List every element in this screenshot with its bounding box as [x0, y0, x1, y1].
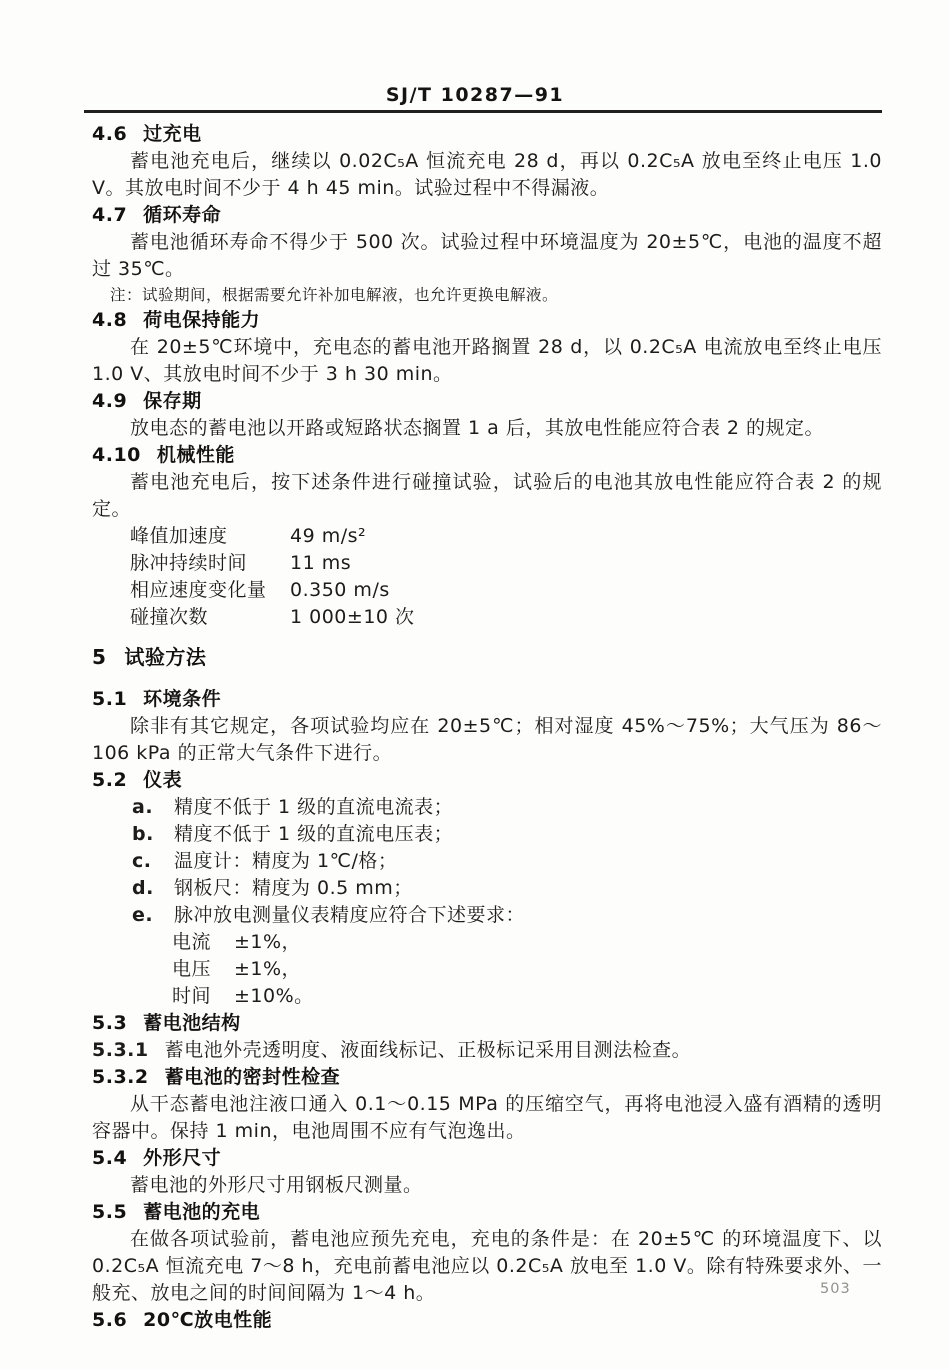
paragraph-4-10: 蓄电池充电后，按下述条件进行碰撞试验，试验后的电池其放电性能应符合表 2 的规定… — [92, 469, 882, 523]
clause-number: 4.8 — [92, 307, 127, 334]
spec-label: 碰撞次数 — [130, 604, 290, 631]
clause-heading-4-6: 4.6过充电 — [92, 121, 882, 148]
item-text: 精度不低于 1 级的直流电压表； — [174, 821, 453, 848]
clause-heading-4-7: 4.7循环寿命 — [92, 202, 882, 229]
item-letter: a. — [132, 794, 174, 821]
clause-title: 保存期 — [143, 390, 202, 412]
tolerance-row-time: 时间 ±10%。 — [92, 983, 882, 1010]
section-heading-5: 5试验方法 — [92, 644, 882, 671]
instrument-item-e: e. 脉冲放电测量仪表精度应符合下述要求： — [92, 902, 882, 929]
clause-number: 4.6 — [92, 121, 127, 148]
clause-number: 5.3.1 — [92, 1037, 149, 1064]
clause-heading-5-4: 5.4外形尺寸 — [92, 1145, 882, 1172]
clause-title: 蓄电池结构 — [143, 1012, 241, 1034]
tolerance-value: ±10%。 — [234, 983, 314, 1010]
instrument-item-b: b. 精度不低于 1 级的直流电压表； — [92, 821, 882, 848]
instrument-item-a: a. 精度不低于 1 级的直流电流表； — [92, 794, 882, 821]
tolerance-label: 电流 — [172, 929, 234, 956]
clause-number: 5.1 — [92, 686, 127, 713]
clause-heading-4-8: 4.8荷电保持能力 — [92, 307, 882, 334]
clause-heading-5-6: 5.620℃放电性能 — [92, 1307, 882, 1334]
spec-row-pulse-duration: 脉冲持续时间 11 ms — [92, 550, 882, 577]
paragraph-4-7: 蓄电池循环寿命不得少于 500 次。试验过程中环境温度为 20±5℃，电池的温度… — [92, 229, 882, 283]
paragraph-5-4: 蓄电池的外形尺寸用钢板尺测量。 — [92, 1172, 882, 1199]
tolerance-label: 电压 — [172, 956, 234, 983]
paragraph-4-8: 在 20±5℃环境中，充电态的蓄电池开路搁置 28 d，以 0.2C₅A 电流放… — [92, 334, 882, 388]
clause-5-3-1: 5.3.1蓄电池外壳透明度、液面线标记、正极标记采用目测法检查。 — [92, 1037, 882, 1064]
spec-value: 1 000±10 次 — [290, 604, 415, 631]
clause-title: 蓄电池的充电 — [143, 1201, 260, 1223]
clause-number: 4.7 — [92, 202, 127, 229]
clause-text: 蓄电池外壳透明度、液面线标记、正极标记采用目测法检查。 — [165, 1039, 692, 1061]
clause-number: 5.2 — [92, 767, 127, 794]
standard-number-header: SJ/T 10287—91 — [0, 84, 950, 106]
clause-heading-5-5: 5.5蓄电池的充电 — [92, 1199, 882, 1226]
tolerance-row-current: 电流 ±1%， — [92, 929, 882, 956]
clause-number: 5.4 — [92, 1145, 127, 1172]
page-number: 503 — [820, 1281, 851, 1297]
item-text: 温度计：精度为 1℃/格； — [174, 848, 397, 875]
spec-label: 峰值加速度 — [130, 523, 290, 550]
clause-heading-4-9: 4.9保存期 — [92, 388, 882, 415]
tolerance-label: 时间 — [172, 983, 234, 1010]
clause-heading-4-10: 4.10机械性能 — [92, 442, 882, 469]
clause-title: 外形尺寸 — [143, 1147, 221, 1169]
item-letter: d. — [132, 875, 174, 902]
paragraph-4-9: 放电态的蓄电池以开路或短路状态搁置 1 a 后，其放电性能应符合表 2 的规定。 — [92, 415, 882, 442]
spec-label: 相应速度变化量 — [130, 577, 290, 604]
clause-title: 环境条件 — [143, 688, 221, 710]
clause-number: 5.6 — [92, 1307, 127, 1334]
spec-label: 脉冲持续时间 — [130, 550, 290, 577]
clause-title: 20℃放电性能 — [143, 1309, 272, 1331]
spec-value: 0.350 m/s — [290, 577, 390, 604]
item-letter: e. — [132, 902, 174, 929]
tolerance-value: ±1%， — [234, 956, 301, 983]
clause-title: 蓄电池的密封性检查 — [165, 1066, 341, 1088]
header-rule — [84, 110, 882, 113]
clause-heading-5-3: 5.3蓄电池结构 — [92, 1010, 882, 1037]
note-4-7: 注：试验期间，根据需要允许补加电解液，也允许更换电解液。 — [92, 283, 882, 307]
spec-row-velocity-change: 相应速度变化量 0.350 m/s — [92, 577, 882, 604]
clause-title: 过充电 — [143, 123, 202, 145]
spec-value: 49 m/s² — [290, 523, 366, 550]
instrument-item-d: d. 钢板尺：精度为 0.5 mm； — [92, 875, 882, 902]
tolerance-row-voltage: 电压 ±1%， — [92, 956, 882, 983]
document-body: 4.6过充电 蓄电池充电后，继续以 0.02C₅A 恒流充电 28 d，再以 0… — [92, 121, 882, 1334]
item-text: 精度不低于 1 级的直流电流表； — [174, 794, 453, 821]
item-letter: c. — [132, 848, 174, 875]
paragraph-5-3-2: 从干态蓄电池注液口通入 0.1～0.15 MPa 的压缩空气，再将电池浸入盛有酒… — [92, 1091, 882, 1145]
item-letter: b. — [132, 821, 174, 848]
clause-heading-5-2: 5.2仪表 — [92, 767, 882, 794]
clause-title: 循环寿命 — [143, 204, 221, 226]
clause-title: 仪表 — [143, 769, 182, 791]
tolerance-value: ±1%， — [234, 929, 301, 956]
clause-heading-5-1: 5.1环境条件 — [92, 686, 882, 713]
clause-number: 4.10 — [92, 442, 141, 469]
paragraph-5-1: 除非有其它规定，各项试验均应在 20±5℃；相对湿度 45%～75%；大气压为 … — [92, 713, 882, 767]
item-text: 脉冲放电测量仪表精度应符合下述要求： — [174, 902, 525, 929]
section-title: 试验方法 — [124, 645, 206, 669]
clause-title: 机械性能 — [157, 444, 235, 466]
clause-heading-5-3-2: 5.3.2蓄电池的密封性检查 — [92, 1064, 882, 1091]
spec-value: 11 ms — [290, 550, 351, 577]
spec-row-impact-count: 碰撞次数 1 000±10 次 — [92, 604, 882, 631]
clause-number: 5.5 — [92, 1199, 127, 1226]
paragraph-5-5: 在做各项试验前，蓄电池应预先充电，充电的条件是：在 20±5℃ 的环境温度下、以… — [92, 1226, 882, 1307]
clause-number: 4.9 — [92, 388, 127, 415]
spec-row-peak-acceleration: 峰值加速度 49 m/s² — [92, 523, 882, 550]
section-number: 5 — [92, 644, 106, 671]
clause-number: 5.3 — [92, 1010, 127, 1037]
paragraph-4-6: 蓄电池充电后，继续以 0.02C₅A 恒流充电 28 d，再以 0.2C₅A 放… — [92, 148, 882, 202]
clause-title: 荷电保持能力 — [143, 309, 260, 331]
instrument-item-c: c. 温度计：精度为 1℃/格； — [92, 848, 882, 875]
item-text: 钢板尺：精度为 0.5 mm； — [174, 875, 413, 902]
clause-number: 5.3.2 — [92, 1064, 149, 1091]
document-page: SJ/T 10287—91 4.6过充电 蓄电池充电后，继续以 0.02C₅A … — [0, 0, 950, 1369]
